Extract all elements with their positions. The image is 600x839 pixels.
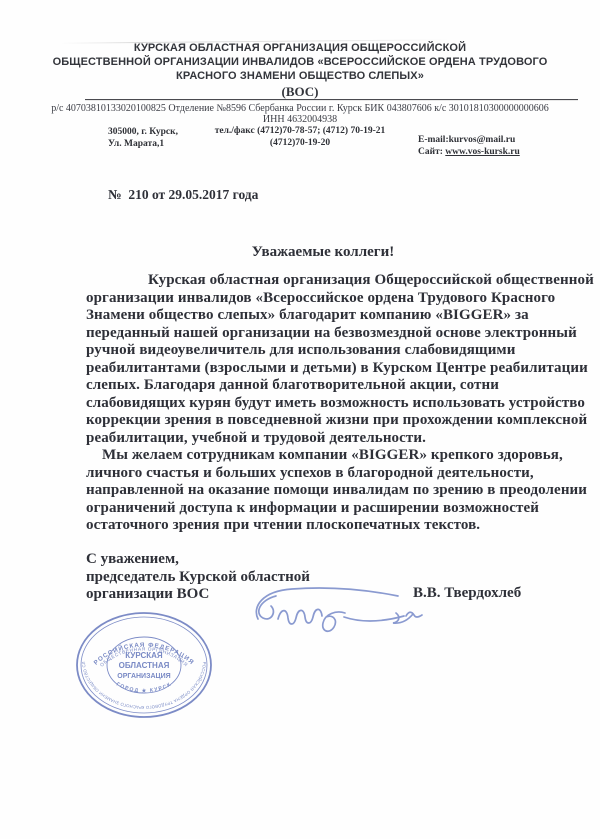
address-line2: Ул. Марата,1 [108,139,178,151]
scanned-letter-page: КУРСКАЯ ОБЛАСТНАЯ ОРГАНИЗАЦИЯ ОБЩЕРОССИЙ… [0,0,600,839]
body-line: направленной на оказание помощи инвалида… [86,482,566,500]
org-name-line2: ОБЩЕСТВЕННОЙ ОРГАНИЗАЦИИ ИНВАЛИДОВ «ВСЕР… [40,55,560,69]
stamp-center-line1: КУРСКАЯ [125,651,163,660]
body-line: переданный нашей организации на безвозме… [86,325,566,343]
address-line1: 305000, г. Курск, [108,127,178,139]
reference-number-line: № 210 от 29.05.2017 года [108,187,258,203]
header-divider [85,99,578,101]
body-line: слабовидящих курян будут иметь возможнос… [86,395,566,413]
stamp-city-text: ГОРОД ★ КУРСК [115,682,173,695]
body-line: реабилитантами (взрослыми и детьми) в Ку… [86,360,566,378]
website-line: Сайт: www.vos-kursk.ru [418,147,520,159]
email-address: E-mail:kurvos@mail.ru [418,135,520,147]
body-line: Мы желаем сотрудникам компании «BIGGER» … [86,447,566,465]
phone-line1: тел./факс (4712)70-78-57; (4712) 70-19-2… [190,126,410,138]
closing-line1: С уважением, [86,551,310,569]
body-line: организации инвалидов «Всероссийское орд… [86,290,566,308]
body-line: Курская областная организация Общероссий… [86,272,566,290]
handwritten-signature [246,583,426,645]
body-line: Знамени общество слепых» благодарит комп… [86,307,566,325]
inn-number: ИНН 4632004938 [20,114,580,125]
letter-body: Курская областная организация Общероссий… [86,272,566,535]
postal-address: 305000, г. Курск, Ул. Марата,1 [108,127,178,150]
org-name-line1: КУРСКАЯ ОБЛАСТНАЯ ОРГАНИЗАЦИЯ ОБЩЕРОССИЙ… [40,41,560,55]
web-contacts: E-mail:kurvos@mail.ru Сайт: www.vos-kurs… [418,135,520,158]
stamp-center-line2: ОБЛАСТНАЯ [119,661,170,670]
body-line: личного счастья и больших успехов в благ… [86,465,566,483]
body-line: коррекции зрения в повседневной жизни пр… [86,412,566,430]
phone-line2: (4712)70-19-20 [190,138,410,150]
salutation: Уважаемые коллеги! [86,244,560,261]
site-url: www.vos-kursk.ru [445,147,519,157]
body-line: слепых. Благодаря данной благотворительн… [86,377,566,395]
signer-name: В.В. Твердохлеб [413,585,521,602]
body-line: ограничений доступа к информации и расши… [86,500,566,518]
org-name-line3: КРАСНОГО ЗНАМЕНИ ОБЩЕСТВО СЛЕПЫХ» [40,69,560,83]
letterhead-org-name: КУРСКАЯ ОБЛАСТНАЯ ОРГАНИЗАЦИЯ ОБЩЕРОССИЙ… [40,41,560,83]
organization-round-stamp: РОССИЙСКАЯ ФЕДЕРАЦИЯ ОБЩЕСТВЕННАЯ ОРГАНИ… [72,609,216,721]
body-line: реабилитации, учебной и трудовой деятель… [86,430,566,448]
org-abbreviation: (ВОС) [40,84,560,100]
stamp-center-line3: ОРГАНИЗАЦИЯ [117,673,170,680]
body-line: ручной видеоувеличитель для использовани… [86,342,566,360]
body-line: остаточного зрения при чтении плоскопеча… [86,517,566,535]
svg-text:ГОРОД ★ КУРСК: ГОРОД ★ КУРСК [115,682,173,695]
bank-requisites: р/с 40703810133020100825 Отделение №8596… [20,103,580,114]
site-label: Сайт: [418,147,445,157]
phone-numbers: тел./факс (4712)70-78-57; (4712) 70-19-2… [190,126,410,149]
